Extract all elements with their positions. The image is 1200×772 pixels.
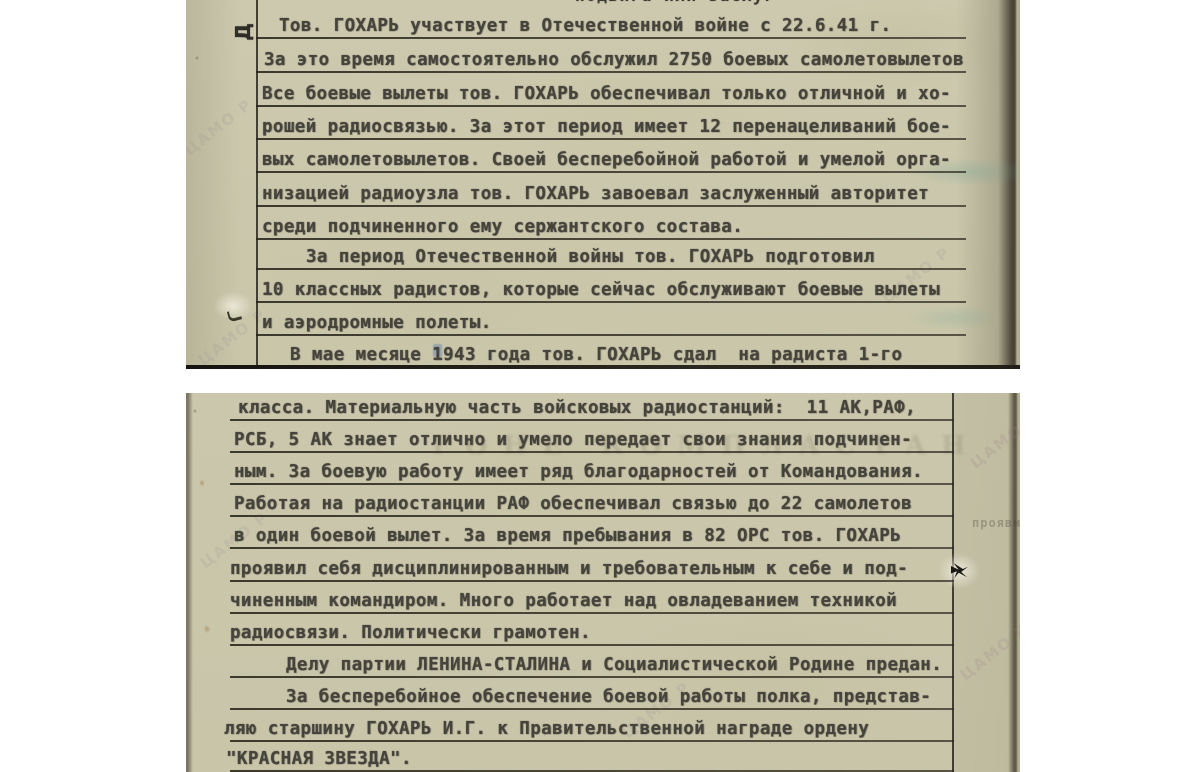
typed-line: Работая на радиостанции РАФ обеспечивал …: [186, 494, 1020, 516]
typed-line: За бесперебойное обеспечение боевой рабо…: [186, 687, 1020, 709]
scan-fragment-top: ЦАМО Р ЦАМО Р ЦАМО Р подвига или заслуг …: [186, 0, 1020, 369]
typed-line: Тов. ГОХАРЬ участвует в Отечественной во…: [186, 16, 1020, 38]
ruled-line: [256, 71, 966, 73]
ruled-line: [230, 483, 954, 485]
ruled-line: [256, 205, 966, 207]
typed-line: ным. За боевую работу имеет ряд благодар…: [186, 462, 1020, 484]
ruled-line: [230, 740, 954, 742]
typed-line: в один боевой вылет. За время пребывания…: [186, 526, 1020, 548]
typed-line: среди подчиненного ему сержантского сост…: [186, 217, 1020, 239]
typed-line: вых самолетовылетов. Своей бесперебойной…: [186, 150, 1020, 172]
ruled-line: [256, 334, 966, 336]
typed-line: Делу партии ЛЕНИНА-СТАЛИНА и Социалистич…: [186, 655, 1020, 677]
ruled-line: [256, 138, 966, 140]
ruled-line: [256, 238, 966, 240]
document-scan: ЦАМО Р ЦАМО Р ЦАМО Р подвига или заслуг …: [0, 0, 1200, 772]
scan-fragment-bottom: ЦАМО Р ЦАМО Р ЦАМО Р ЦАМО Р ГОНЕ КОМПЛАС…: [186, 393, 1020, 772]
typed-line: ляю старшину ГОХАРЬ И.Г. к Правительстве…: [186, 719, 1020, 741]
typed-line: РСБ, 5 АК знает отлично и умело передает…: [186, 430, 1020, 452]
ruled-line: [230, 451, 954, 453]
ruled-line: [256, 301, 966, 303]
typed-line: В мае месяце 1943 года тов. ГОХАРЬ сдал …: [186, 345, 1020, 367]
ruled-line: [256, 268, 966, 270]
form-header-cut: подвига или заслуг: [575, 0, 775, 4]
ruled-line: [230, 515, 954, 517]
ruled-line: [256, 37, 966, 39]
ruled-line: [230, 419, 954, 421]
typed-line: За это время самостоятельно обслужил 275…: [186, 50, 1020, 72]
ruled-line: [256, 171, 966, 173]
ruled-line: [230, 580, 954, 582]
typed-line: и аэродромные полеты.: [186, 313, 1020, 335]
typed-line: низацией радиоузла тов. ГОХАРЬ завоевал …: [186, 184, 1020, 206]
typed-line: класса. Материальную часть войсковых рад…: [186, 398, 1020, 420]
ruled-line: [230, 547, 954, 549]
scan-edge-shadow: [186, 365, 1020, 369]
typed-line: проявил себя дисциплинированным и требов…: [186, 559, 1020, 581]
typed-line: радиосвязи. Политически грамотен.: [186, 623, 1020, 645]
typed-line: чиненным командиром. Много работает над …: [186, 591, 1020, 613]
ruled-line: [256, 105, 966, 107]
typed-line: 10 классных радистов, которые сейчас обс…: [186, 280, 1020, 302]
typed-line: За период Отечественной войны тов. ГОХАР…: [186, 247, 1020, 269]
ruled-line: [230, 708, 954, 710]
ruled-line: [230, 644, 954, 646]
typed-line: Все боевые вылеты тов. ГОХАРЬ обеспечива…: [186, 84, 1020, 106]
ruled-line: [230, 612, 954, 614]
typed-line: "КРАСНАЯ ЗВЕЗДА".: [186, 749, 1020, 771]
typed-line: рошей радиосвязью. За этот период имеет …: [186, 117, 1020, 139]
ruled-line: [230, 676, 954, 678]
